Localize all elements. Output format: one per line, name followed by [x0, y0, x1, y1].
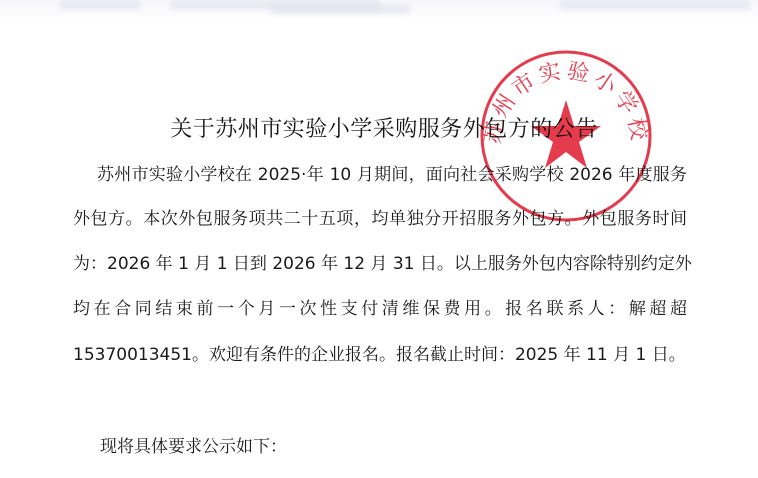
closing-line: 现将具体要求公示如下：: [100, 432, 287, 457]
paragraph-line: 外包方。本次外包服务项共二十五项，均单独分开招服务外包方。外包服务时间: [73, 204, 687, 229]
scan-bleed-through: [270, 4, 410, 14]
scan-bleed-through: [60, 0, 140, 10]
document-title: 关于苏州市实验小学采购服务外包方的公告: [0, 112, 758, 143]
paragraph-line: 15370013451。欢迎有条件的企业报名。报名截止时间：2025 年 11 …: [73, 340, 686, 365]
document-page: 关于苏州市实验小学采购服务外包方的公告 苏州市实验小学校在 2025·年 10 …: [0, 0, 758, 478]
scan-bleed-through: [560, 0, 750, 10]
paragraph-line: 苏州市实验小学校在 2025·年 10 月期间，面向社会采购学校 2026 年度…: [97, 160, 687, 185]
paragraph-line: 为：2026 年 1 月 1 日到 2026 年 12 月 31 日。以上服务外…: [73, 249, 687, 274]
paragraph-line: 均在合同结束前一个月一次性支付清维保费用。报名联系人：解超超: [73, 294, 687, 319]
